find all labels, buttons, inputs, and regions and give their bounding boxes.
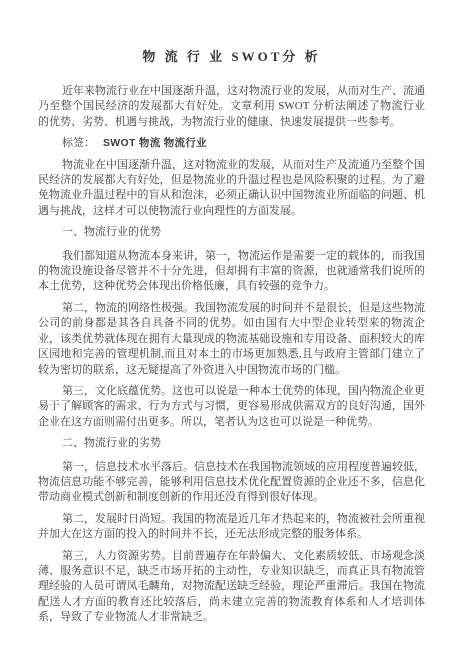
tags-line: 标签：SWOT 物流 物流行业 xyxy=(38,136,425,151)
section-heading-weaknesses: 二、物流行业的劣势 xyxy=(38,436,425,451)
weaknesses-paragraph-3: 第三，人力资源劣势。目前普遍存在年龄偏大、文化素质较低、市场观念淡薄、服务意识不… xyxy=(38,549,425,626)
weaknesses-paragraph-1: 第一，信息技术水平落后。信息技术在我国物流领域的应用程度普遍较低，物流信息功能不… xyxy=(38,460,425,506)
abstract-paragraph: 近年来物流行业在中国逐渐升温，这对物流行业的发展，从而对生产、流通乃至整个国民经… xyxy=(38,84,425,130)
intro-paragraph: 物流业在中国逐渐升温，这对物流业的发展，从而对生产及流通乃至整个国民经济的发展都… xyxy=(38,158,425,220)
tags-value: SWOT 物流 物流行业 xyxy=(103,137,207,149)
document-title: 物 流 行 业 SWOT分 析 xyxy=(38,50,425,64)
weaknesses-paragraph-2: 第二，发展时日尚短。我国的物流是近几年才热起来的，物流被社会所重视并加大在这方面… xyxy=(38,512,425,543)
section-heading-strengths: 一、物流行业的优势 xyxy=(38,225,425,240)
tags-label: 标签： xyxy=(62,137,95,149)
strengths-paragraph-3: 第三，文化底蕴优势。这也可以说是一种本土优势的体现，国内物流企业更易于了解顾客的… xyxy=(38,384,425,430)
document-page: 物 流 行 业 SWOT分 析 近年来物流行业在中国逐渐升温，这对物流行业的发展… xyxy=(0,0,463,655)
strengths-paragraph-2: 第二，物流的网络性极强。我国物流发展的时间并不是很长，但是这些物流公司的前身都是… xyxy=(38,301,425,378)
strengths-paragraph-1: 我们都知道从物流本身来讲，第一，物流运作是需要一定的载体的，而我国的物流设施设备… xyxy=(38,249,425,295)
